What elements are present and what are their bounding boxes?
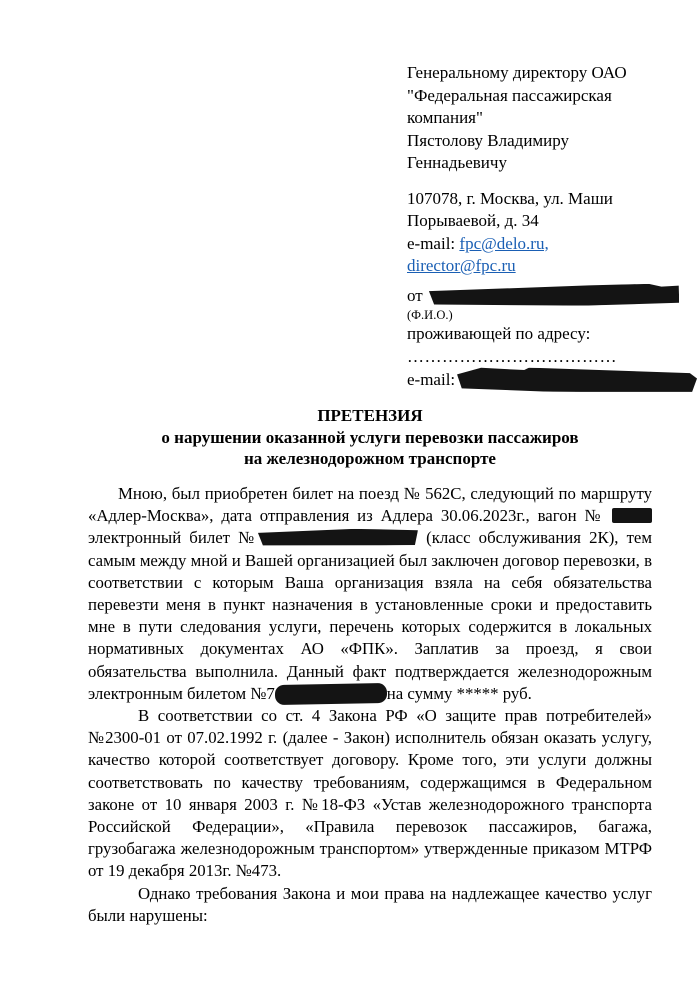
recipient-address-line-2: Порываевой, д. 34 — [407, 210, 673, 233]
document-body: Мною, был приобретен билет на поезд № 56… — [88, 483, 652, 927]
address-dotted-line: ……………………………… — [407, 346, 673, 368]
document-page: Генеральному директору ОАО "Федеральная … — [0, 0, 700, 990]
email-label: e-mail: — [407, 234, 459, 253]
p1-text-2: электронный билет № — [88, 528, 258, 547]
recipient-line-5: Геннадьевичу — [407, 152, 673, 175]
fio-caption: (Ф.И.О.) — [407, 307, 673, 323]
redacted-sender-email — [457, 367, 697, 393]
sender-email-line: e-mail: — [407, 368, 673, 392]
email-link-director[interactable]: director@fpc.ru — [407, 256, 516, 275]
p1-text-3: (класс обслуживания 2К), тем самым между… — [88, 528, 652, 702]
recipient-line-2: "Федеральная пассажирская — [407, 85, 673, 108]
recipient-email-line-2: director@fpc.ru — [407, 255, 673, 278]
document-title-block: ПРЕТЕНЗИЯ о нарушении оказанной услуги п… — [88, 405, 652, 470]
paragraph-2: В соответствии со ст. 4 Закона РФ «О защ… — [88, 705, 652, 883]
spacer — [407, 175, 673, 188]
recipient-line-3: компания" — [407, 107, 673, 130]
paragraph-3: Однако требования Закона и мои права на … — [88, 883, 652, 927]
sender-from-line: от — [407, 285, 673, 308]
title-line-2: о нарушении оказанной услуги перевозки п… — [88, 427, 652, 449]
redacted-sender-name — [429, 283, 679, 307]
sender-email-label: e-mail: — [407, 370, 455, 389]
title-line-3: на железнодорожном транспорте — [88, 448, 652, 470]
p1-text-4: на сумму ***** руб. — [387, 684, 532, 703]
from-label: от — [407, 286, 423, 305]
residing-label: проживающей по адресу: — [407, 323, 673, 346]
email-link-fpc[interactable]: fpc@delo.ru, — [459, 234, 548, 253]
redacted-ticket-number — [258, 529, 418, 548]
recipient-address-line-1: 107078, г. Москва, ул. Маши — [407, 188, 673, 211]
recipient-block: Генеральному директору ОАО "Федеральная … — [407, 62, 673, 392]
p1-text-1: Мною, был приобретен билет на поезд № 56… — [88, 484, 652, 525]
recipient-line-1: Генеральному директору ОАО — [407, 62, 673, 85]
spacer — [407, 278, 673, 285]
redacted-ticket-number-2 — [275, 683, 387, 705]
title-line-1: ПРЕТЕНЗИЯ — [88, 405, 652, 427]
paragraph-1: Мною, был приобретен билет на поезд № 56… — [88, 483, 652, 705]
redacted-wagon-number — [612, 508, 652, 523]
recipient-line-4: Пястолову Владимиру — [407, 130, 673, 153]
recipient-email-line: e-mail: fpc@delo.ru, — [407, 233, 673, 256]
